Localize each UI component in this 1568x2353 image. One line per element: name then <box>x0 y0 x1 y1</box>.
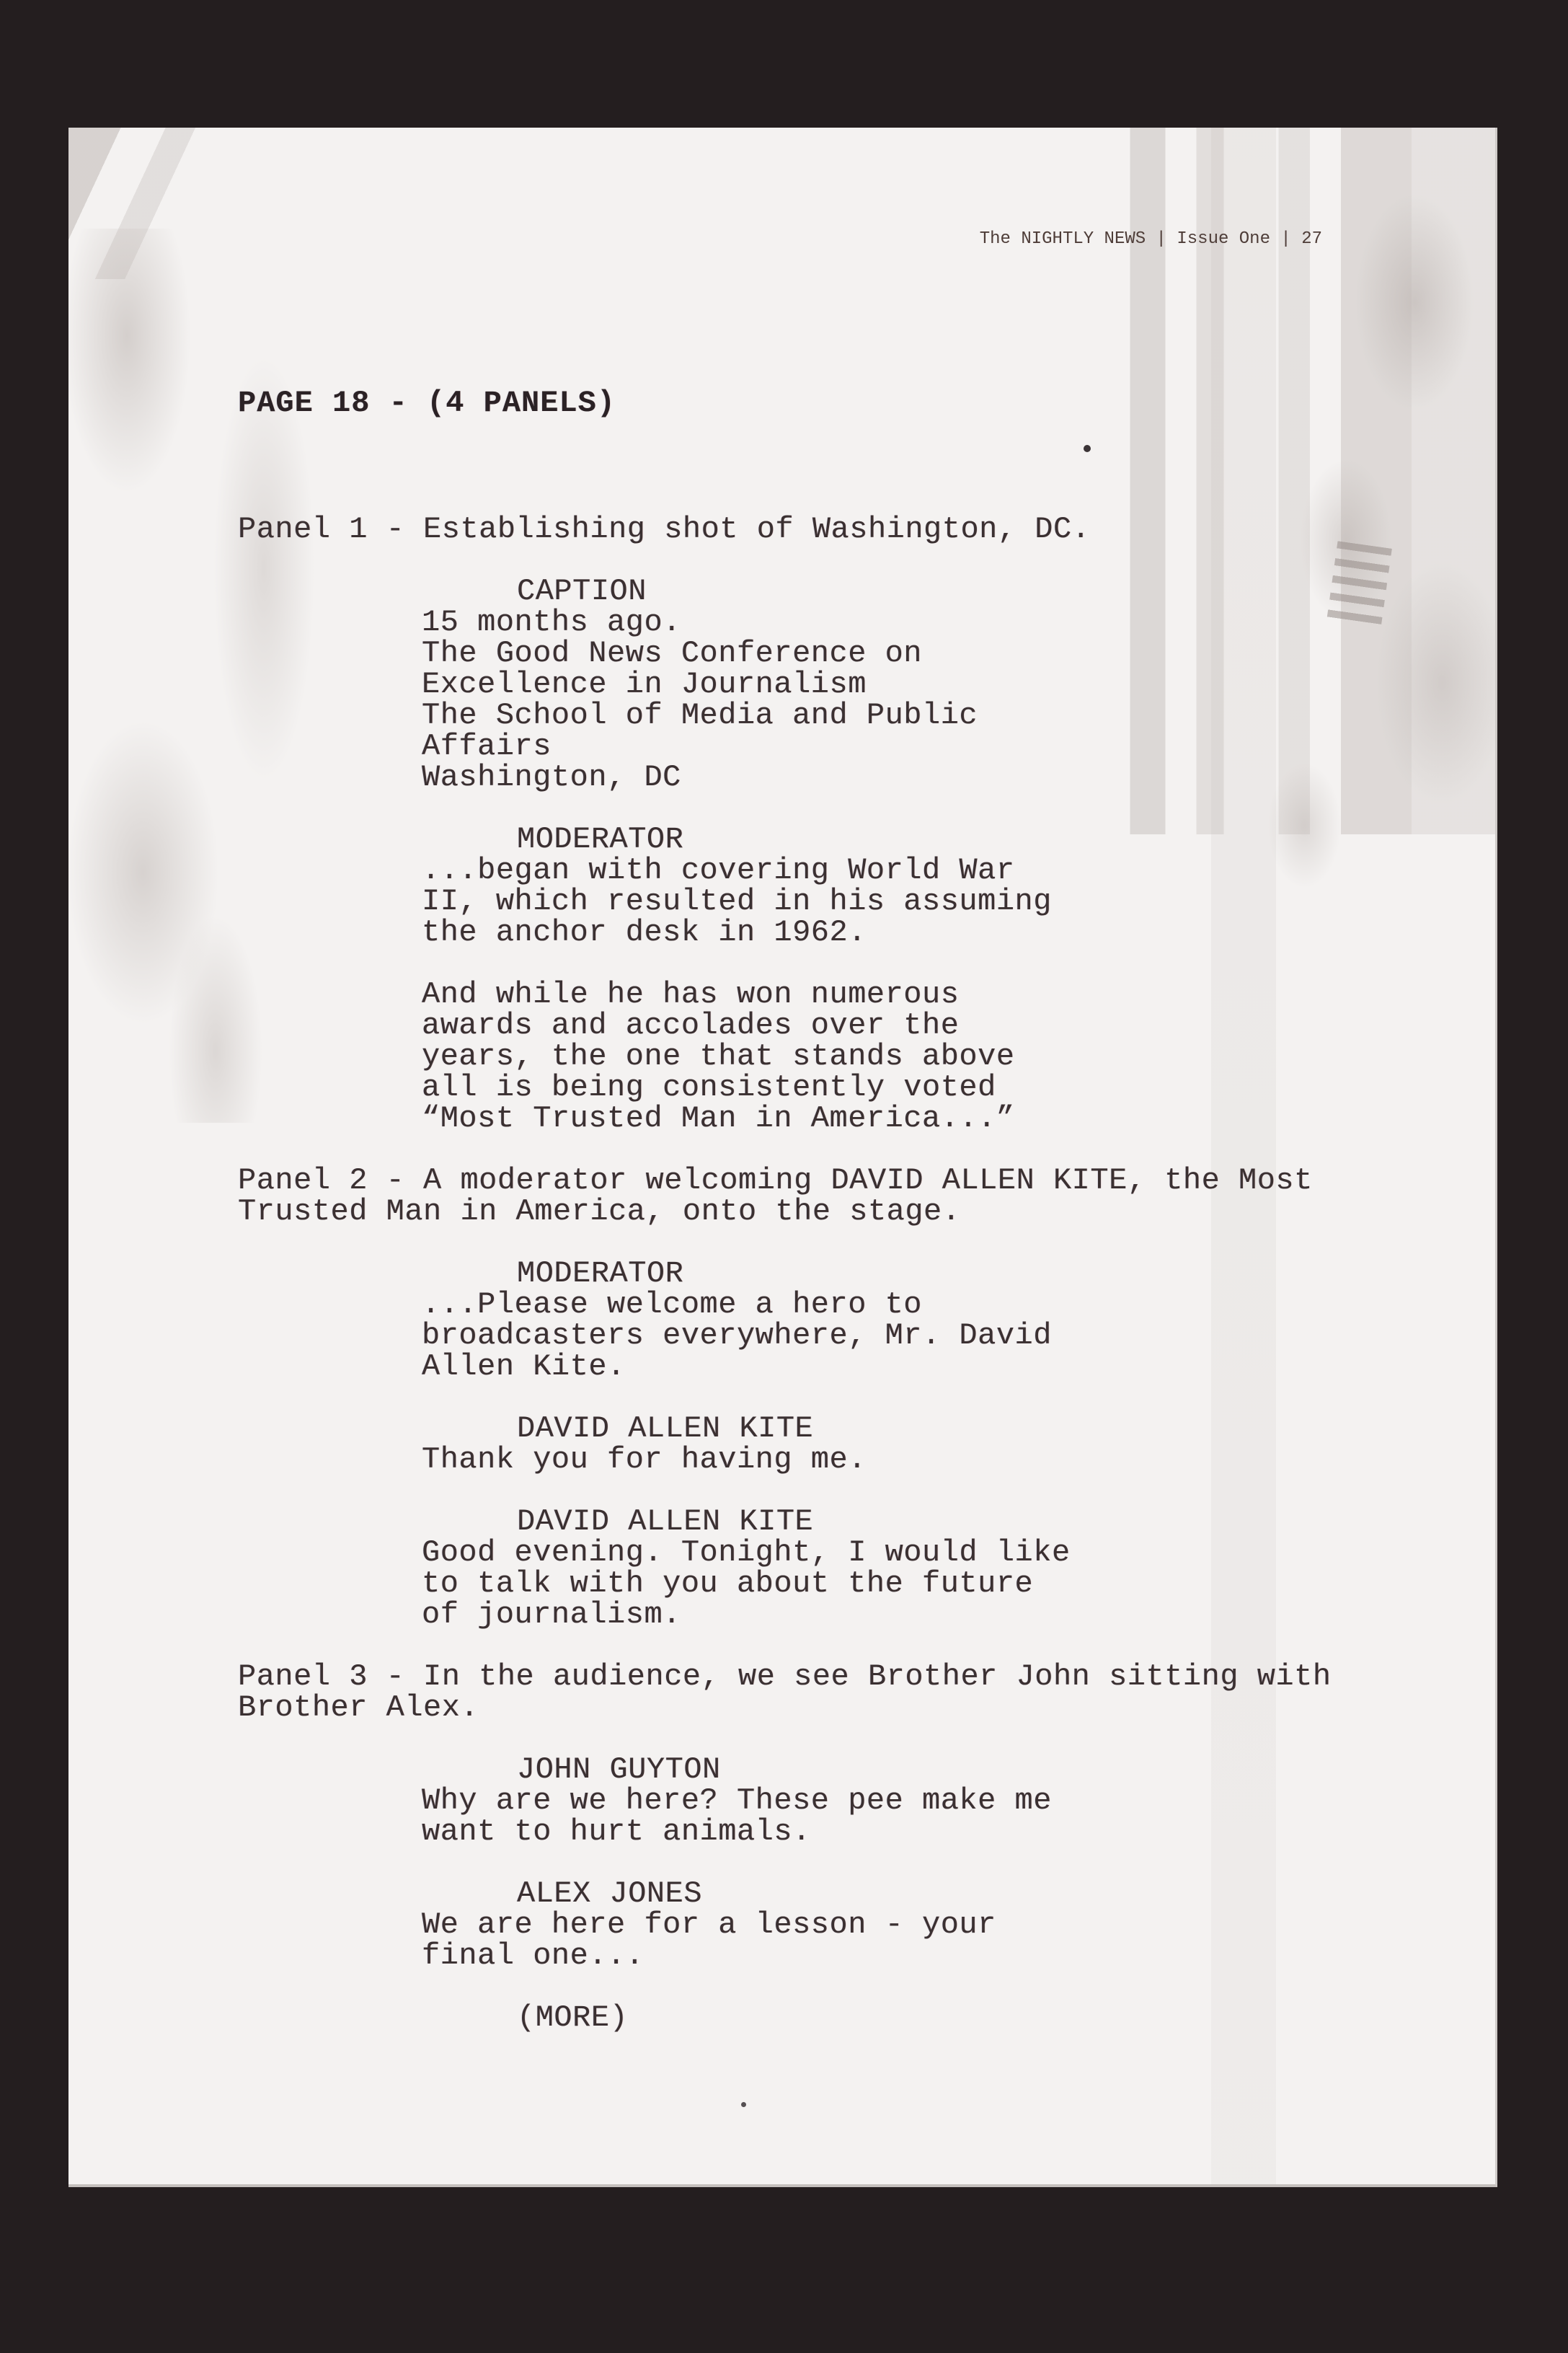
panel-description: Panel 2 - A moderator welcoming DAVID AL… <box>68 1165 1495 1227</box>
dialogue-block: CAPTION15 months ago.The Good News Confe… <box>68 576 1495 793</box>
dialogue-line: Excellence in Journalism <box>68 669 1495 700</box>
ink-speck <box>741 2102 746 2107</box>
character-name: JOHN GUYTON <box>68 1754 1495 1785</box>
dialogue-line: broadcasters everywhere, Mr. David <box>68 1320 1495 1351</box>
dialogue-block: MODERATOR...Please welcome a hero tobroa… <box>68 1258 1495 1382</box>
character-name: MODERATOR <box>68 1258 1495 1289</box>
dialogue-line: “Most Trusted Man in America...” <box>68 1103 1495 1134</box>
script-page-sheet: The NIGHTLY NEWS | Issue One | 27 PAGE 1… <box>68 128 1497 2187</box>
dialogue-line: Washington, DC <box>68 762 1495 793</box>
dialogue-line: years, the one that stands above <box>68 1041 1495 1072</box>
dialogue-block: ALEX JONESWe are here for a lesson - you… <box>68 1879 1495 1972</box>
page-title-block: PAGE 18 - (4 PANELS) <box>68 388 1495 419</box>
dialogue-line: II, which resulted in his assuming <box>68 886 1495 917</box>
paper-texture <box>68 128 371 279</box>
dialogue-line: We are here for a lesson - your <box>68 1910 1495 1941</box>
page-header: The NIGHTLY NEWS | Issue One | 27 <box>980 229 1322 250</box>
dialogue-line: awards and accolades over the <box>68 1010 1495 1041</box>
character-name: MODERATOR <box>68 824 1495 855</box>
dialogue-line: Allen Kite. <box>68 1351 1495 1382</box>
action-line: Brother Alex. <box>68 1692 1495 1723</box>
dialogue-line: of journalism. <box>68 1599 1495 1630</box>
dialogue-block: MODERATOR...began with covering World Wa… <box>68 824 1495 948</box>
dialogue-line: Affairs <box>68 731 1495 762</box>
dialogue-block: DAVID ALLEN KITEThank you for having me. <box>68 1413 1495 1475</box>
script-body: PAGE 18 - (4 PANELS)Panel 1 - Establishi… <box>68 388 1495 2034</box>
more-block: (MORE) <box>68 2003 1495 2034</box>
dialogue-block: DAVID ALLEN KITEGood evening. Tonight, I… <box>68 1506 1495 1630</box>
dialogue-line: final one... <box>68 1941 1495 1972</box>
dialogue-line: the anchor desk in 1962. <box>68 917 1495 948</box>
dialogue-line: Why are we here? These pee make me <box>68 1785 1495 1816</box>
panel-description: Panel 3 - In the audience, we see Brothe… <box>68 1661 1495 1723</box>
character-name: ALEX JONES <box>68 1879 1495 1910</box>
more-indicator: (MORE) <box>68 2003 1495 2034</box>
action-line: Panel 2 - A moderator welcoming DAVID AL… <box>68 1165 1495 1196</box>
character-name: CAPTION <box>68 576 1495 607</box>
action-line: Trusted Man in America, onto the stage. <box>68 1196 1495 1227</box>
page-title: PAGE 18 - (4 PANELS) <box>68 388 1495 419</box>
dialogue-line: Good evening. Tonight, I would like <box>68 1537 1495 1568</box>
panel-description: Panel 1 - Establishing shot of Washingto… <box>68 514 1495 545</box>
dialogue-block: JOHN GUYTONWhy are we here? These pee ma… <box>68 1754 1495 1847</box>
dialogue-line: to talk with you about the future <box>68 1568 1495 1599</box>
dialogue-line: ...Please welcome a hero to <box>68 1289 1495 1320</box>
dialogue-line: And while he has won numerous <box>68 979 1495 1010</box>
character-name: DAVID ALLEN KITE <box>68 1506 1495 1537</box>
dialogue-line: all is being consistently voted <box>68 1072 1495 1103</box>
dialogue-line: The School of Media and Public <box>68 700 1495 731</box>
character-name: DAVID ALLEN KITE <box>68 1413 1495 1444</box>
scan-background: The NIGHTLY NEWS | Issue One | 27 PAGE 1… <box>0 0 1568 2353</box>
dialogue-line: The Good News Conference on <box>68 638 1495 669</box>
dialogue-line: want to hurt animals. <box>68 1816 1495 1847</box>
action-line: Panel 1 - Establishing shot of Washingto… <box>68 514 1495 545</box>
dialogue-line: 15 months ago. <box>68 607 1495 638</box>
dialogue-line: Thank you for having me. <box>68 1444 1495 1475</box>
dialogue-line: ...began with covering World War <box>68 855 1495 886</box>
dialogue-continuation: And while he has won numerousawards and … <box>68 979 1495 1134</box>
action-line: Panel 3 - In the audience, we see Brothe… <box>68 1661 1495 1692</box>
